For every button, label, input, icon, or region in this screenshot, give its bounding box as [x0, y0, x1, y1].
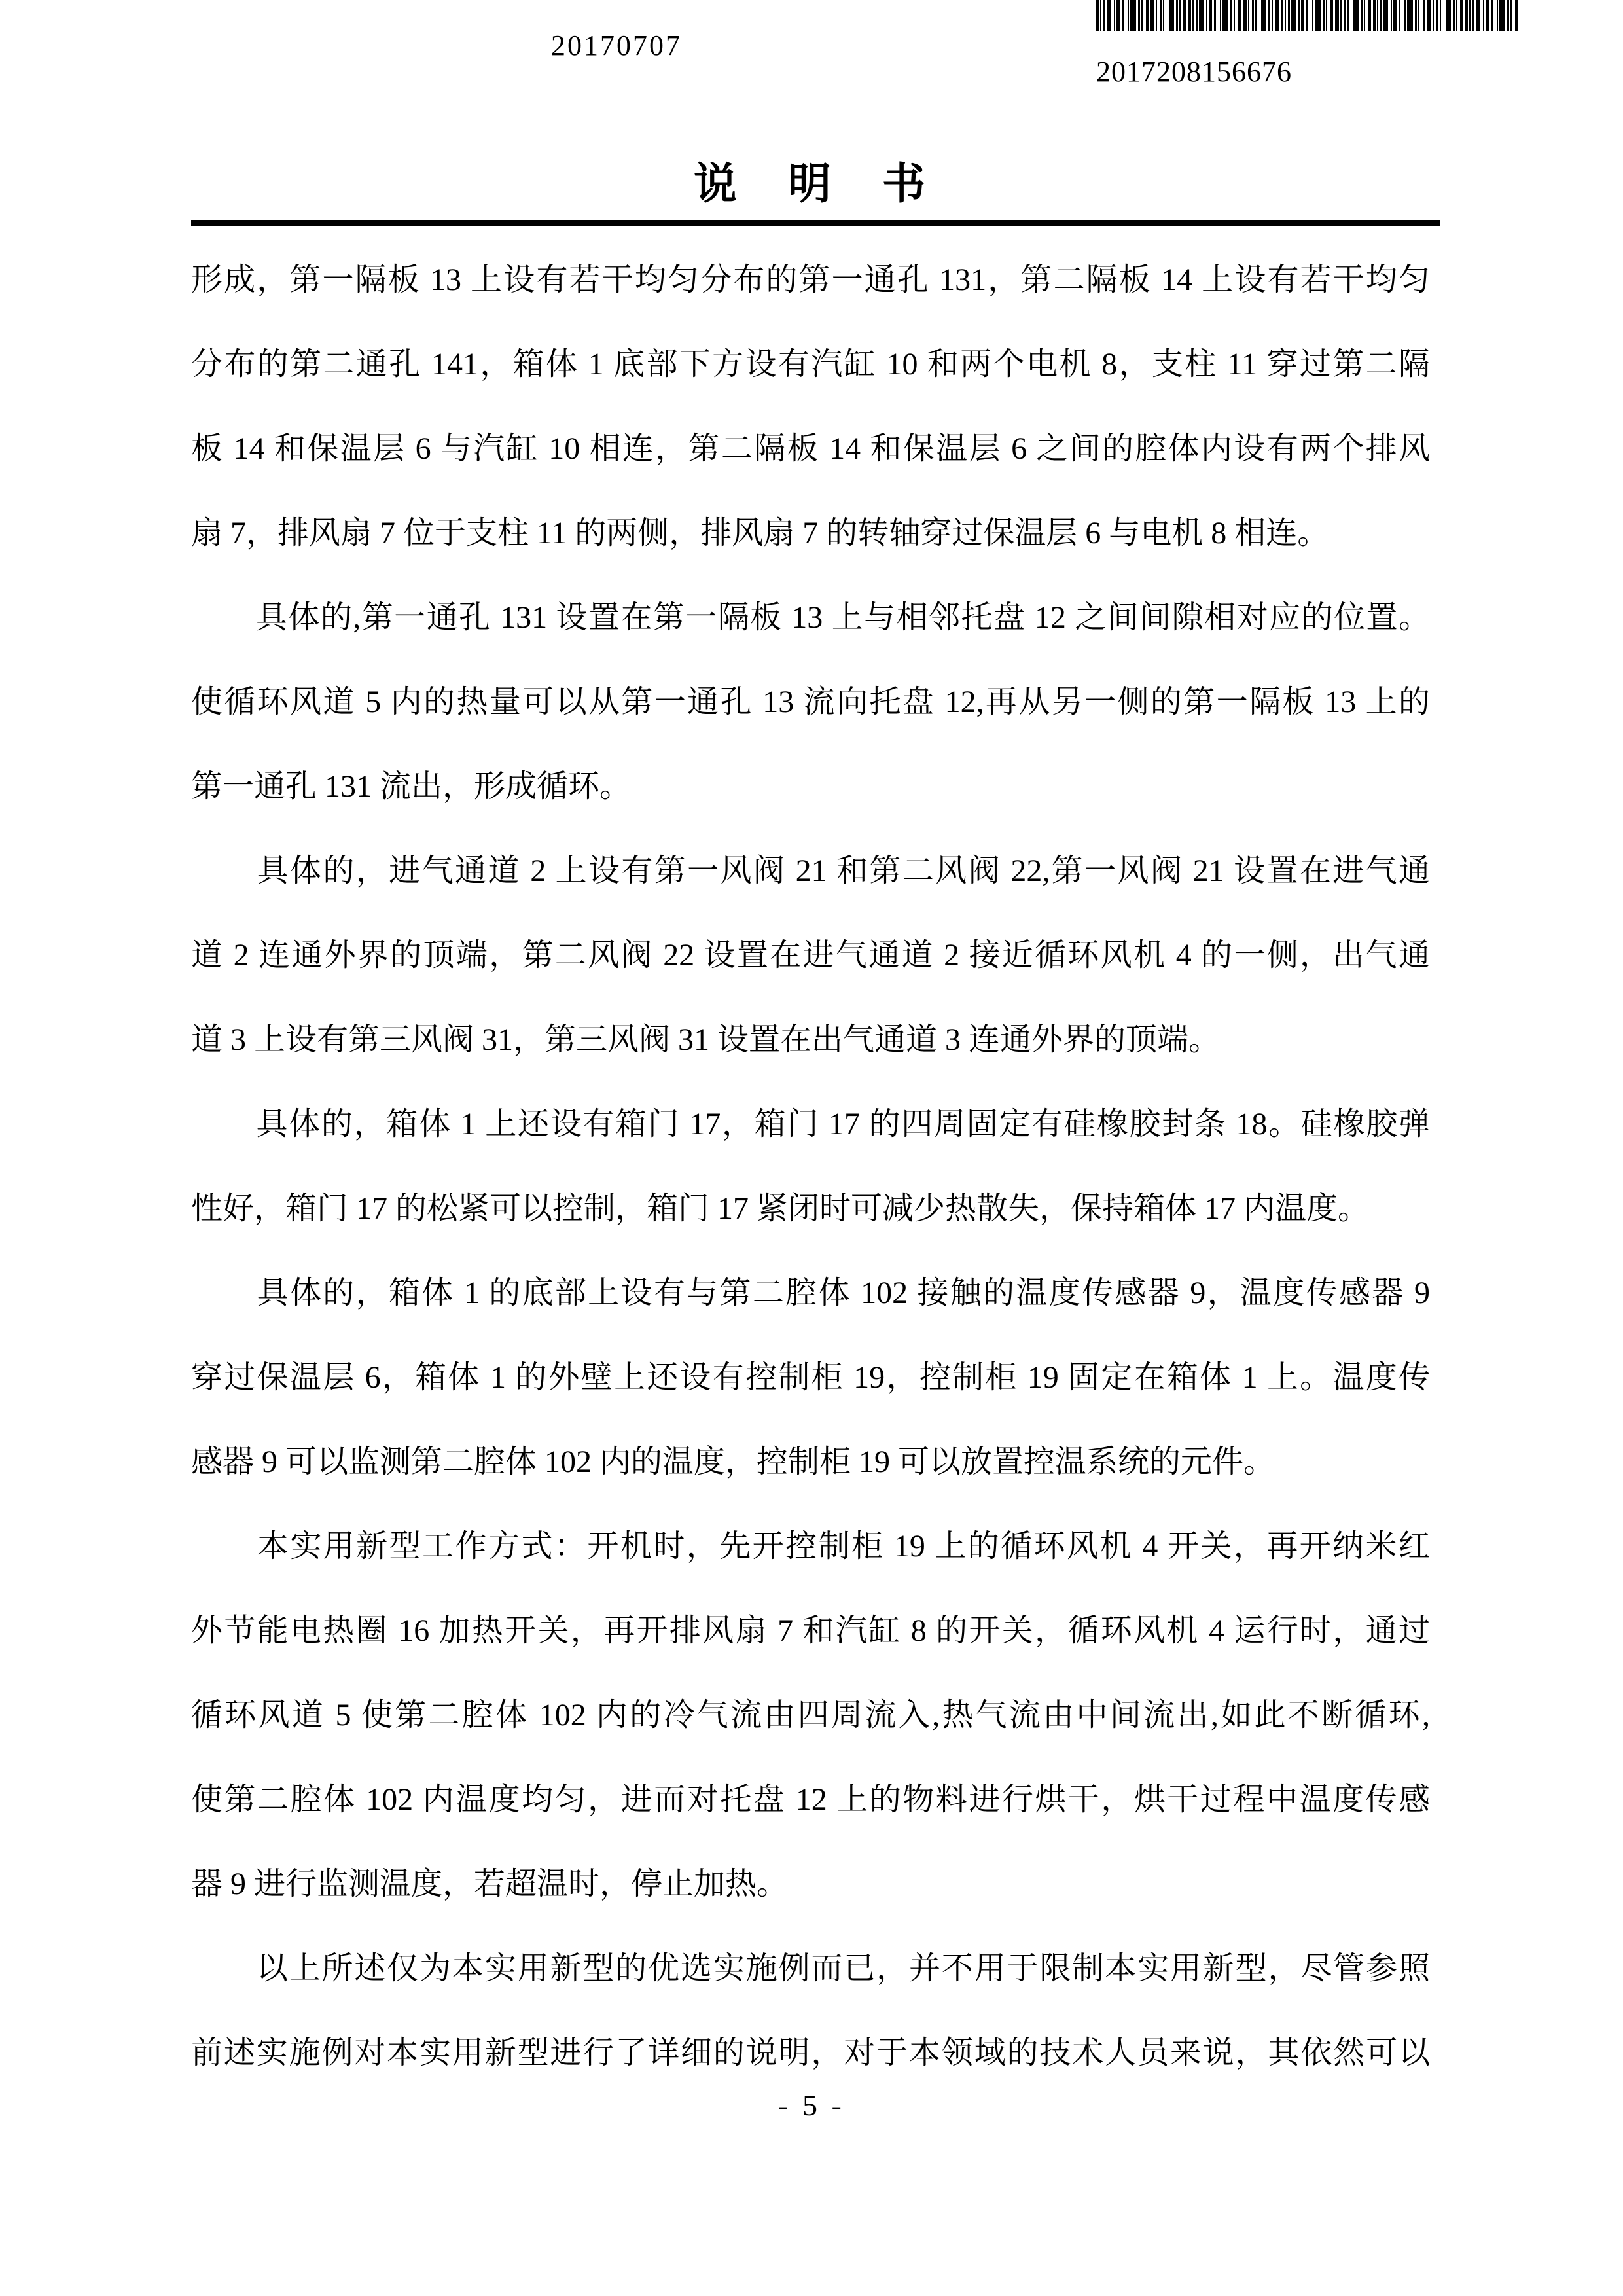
title-divider-rule — [191, 220, 1440, 226]
text-line: 道 3 上设有第三风阀 31，第三风阀 31 设置在出气通道 3 连通外界的顶端… — [191, 997, 1430, 1082]
text-line: 使第二腔体 102 内温度均匀，进而对托盘 12 上的物料进行烘干，烘干过程中温… — [191, 1757, 1430, 1842]
text-line: 性好，箱门 17 的松紧可以控制，箱门 17 紧闭时可减少热散失，保持箱体 17… — [191, 1166, 1430, 1251]
text-line: 扇 7，排风扇 7 位于支柱 11 的两侧，排风扇 7 的转轴穿过保温层 6 与… — [191, 491, 1430, 575]
text-line: 具体的，箱体 1 上还设有箱门 17，箱门 17 的四周固定有硅橡胶封条 18。… — [191, 1082, 1430, 1166]
text-line: 具体的，箱体 1 的底部上设有与第二腔体 102 接触的温度传感器 9，温度传感… — [191, 1251, 1430, 1335]
text-line: 器 9 进行监测温度，若超温时，停止加热。 — [191, 1842, 1430, 1926]
page-number: - 5 - — [0, 2088, 1623, 2123]
text-line: 形成，第一隔板 13 上设有若干均匀分布的第一通孔 131，第二隔板 14 上设… — [191, 238, 1430, 322]
header-date-stamp: 20170707 — [551, 29, 682, 62]
text-line: 分布的第二通孔 141，箱体 1 底部下方设有汽缸 10 和两个电机 8，支柱 … — [191, 322, 1430, 406]
text-line: 具体的，进气通道 2 上设有第一风阀 21 和第二风阀 22,第一风阀 21 设… — [191, 829, 1430, 913]
patent-specification-page: 20170707 2017208156676 说 明 书 形成，第一隔板 13 … — [0, 0, 1623, 2296]
text-line: 板 14 和保温层 6 与汽缸 10 相连，第二隔板 14 和保温层 6 之间的… — [191, 406, 1430, 491]
barcode-number: 2017208156676 — [1096, 55, 1292, 88]
text-line: 使循环风道 5 内的热量可以从第一通孔 13 流向托盘 12,再从另一侧的第一隔… — [191, 660, 1430, 744]
text-line: 感器 9 可以监测第二腔体 102 内的温度，控制柜 19 可以放置控温系统的元… — [191, 1420, 1430, 1504]
text-line: 本实用新型工作方式：开机时，先开控制柜 19 上的循环风机 4 开关，再开纳米红 — [191, 1504, 1430, 1588]
document-title: 说 明 书 — [0, 157, 1623, 212]
text-line: 穿过保温层 6，箱体 1 的外壁上还设有控制柜 19，控制柜 19 固定在箱体 … — [191, 1335, 1430, 1420]
text-line: 以上所述仅为本实用新型的优选实施例而已，并不用于限制本实用新型，尽管参照 — [191, 1926, 1430, 2011]
text-line: 循环风道 5 使第二腔体 102 内的冷气流由四周流入,热气流由中间流出,如此不… — [191, 1673, 1430, 1757]
text-line: 前述实施例对本实用新型进行了详细的说明，对于本领域的技术人员来说，其依然可以 — [191, 2011, 1430, 2095]
text-line: 第一通孔 131 流出，形成循环。 — [191, 744, 1430, 829]
text-line: 具体的,第一通孔 131 设置在第一隔板 13 上与相邻托盘 12 之间间隙相对… — [191, 575, 1430, 660]
barcode-icon — [1096, 0, 1519, 31]
specification-body: 形成，第一隔板 13 上设有若干均匀分布的第一通孔 131，第二隔板 14 上设… — [191, 238, 1430, 2095]
text-line: 道 2 连通外界的顶端，第二风阀 22 设置在进气通道 2 接近循环风机 4 的… — [191, 913, 1430, 997]
text-line: 外节能电热圈 16 加热开关，再开排风扇 7 和汽缸 8 的开关，循环风机 4 … — [191, 1588, 1430, 1673]
